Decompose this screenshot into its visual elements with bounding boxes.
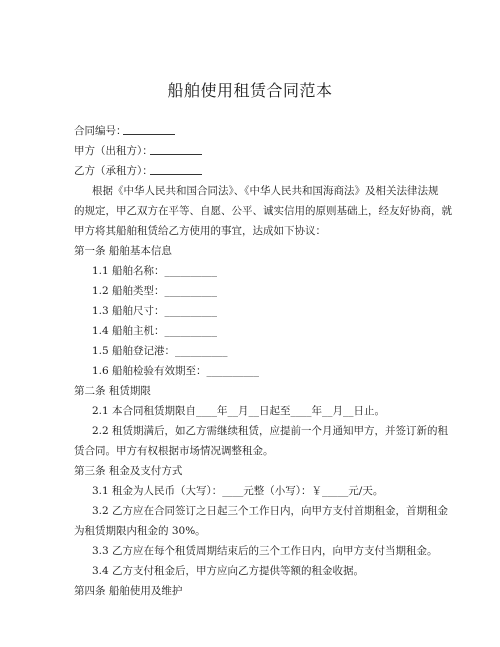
- article-1-heading: 第一条 船舶基本信息: [74, 244, 172, 258]
- preamble-line-2: 的规定，甲乙双方在平等、自愿、公平、诚实信用的原则基础上，经友好协商，就: [74, 204, 452, 218]
- article-1-item: 1.4 船舶主机：__________: [92, 324, 217, 338]
- article-3-item: 3.2 乙方应在合同签订之日起三个工作日内，向甲方支付首期租金，首期租金: [92, 504, 448, 518]
- article-2-heading: 第二条 租赁期限: [74, 384, 151, 398]
- article-1-item: 1.1 船舶名称：__________: [92, 264, 217, 278]
- party-b-blank[interactable]: [150, 164, 202, 175]
- preamble-line-3: 甲方将其船舶租赁给乙方使用的事宜，达成如下协议：: [74, 224, 326, 238]
- article-3-heading: 第三条 租金及支付方式: [74, 464, 182, 478]
- article-4-heading: 第四条 船舶使用及维护: [74, 584, 182, 598]
- article-2-item: 2.1 本合同租赁期限自____年__月__日起至____年__月__日止。: [92, 404, 385, 418]
- article-1-item: 1.3 船舶尺寸：__________: [92, 304, 217, 318]
- contract-number-field: 合同编号：: [74, 124, 127, 138]
- article-1-item: 1.5 船舶登记港：__________: [92, 344, 228, 358]
- preamble-line-1: 根据《中华人民共和国合同法》、《中华人民共和国海商法》及相关法律法规: [92, 184, 439, 198]
- article-1-item: 1.6 船舶检验有效期至：__________: [92, 364, 259, 378]
- article-3-item: 3.3 乙方应在每个租赁周期结束后的三个工作日内，向甲方支付当期租金。: [92, 544, 438, 558]
- article-1-item: 1.2 船舶类型：__________: [92, 284, 217, 298]
- party-a-blank[interactable]: [150, 144, 202, 155]
- article-3-item-cont: 为租赁期限内租金的 30%。: [74, 524, 206, 538]
- article-3-item: 3.1 租金为人民币（大写）：____元整（小写）：￥_____元/天。: [92, 484, 383, 498]
- contract-number-blank[interactable]: [123, 124, 175, 135]
- document-title: 船舶使用租赁合同范本: [0, 78, 500, 101]
- party-a-field: 甲方（出租方）：: [74, 144, 153, 158]
- article-2-item-cont: 赁合同。甲方有权根据市场情况调整租金。: [74, 444, 274, 458]
- article-3-item: 3.4 乙方支付租金后，甲方应向乙方提供等额的租金收据。: [92, 564, 364, 578]
- party-b-field: 乙方（承租方）：: [74, 164, 153, 178]
- article-2-item: 2.2 租赁期满后，如乙方需继续租赁，应提前一个月通知甲方，并签订新的租: [92, 424, 448, 438]
